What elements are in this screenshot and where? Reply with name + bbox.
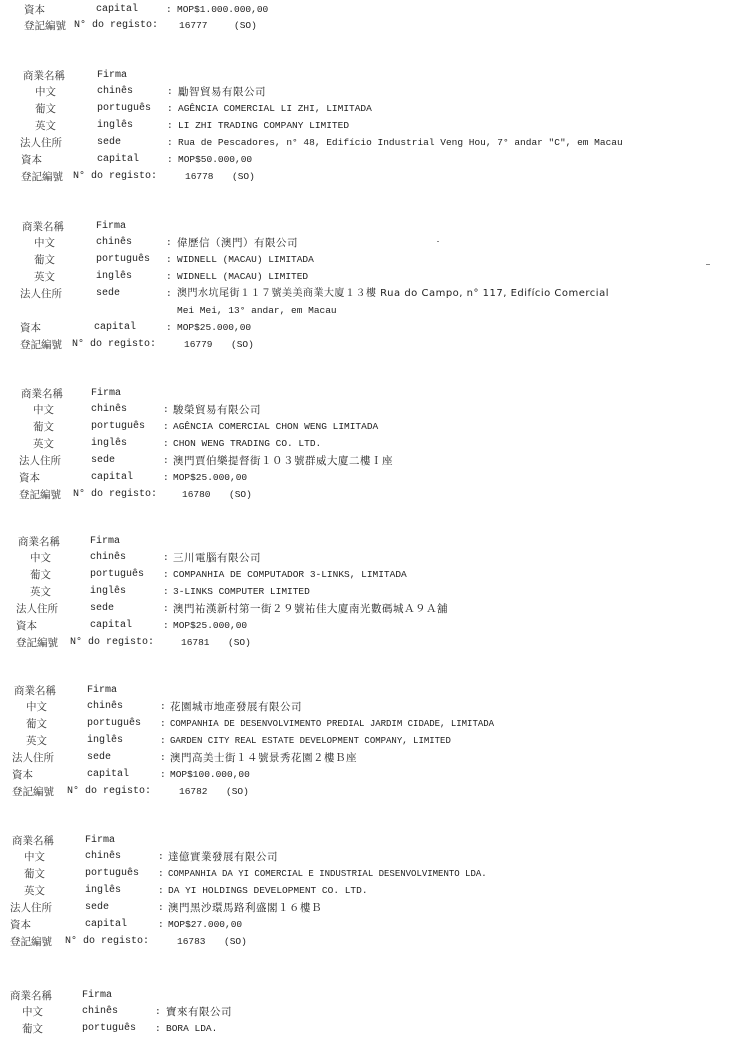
separator: : — [167, 101, 173, 117]
separator: : — [155, 1004, 161, 1020]
name-portuguese: BORA LDA. — [166, 1021, 217, 1037]
separator: : — [166, 269, 172, 285]
portugues-label-pt: português — [90, 567, 144, 583]
ingles-label-pt: inglês — [85, 883, 121, 899]
separator: : — [163, 436, 169, 452]
name-portuguese: AGÊNCIA COMERCIAL CHON WENG LIMITADA — [173, 419, 378, 435]
separator: : — [163, 402, 169, 418]
firma-label-pt: Firma — [90, 534, 120, 550]
capital-label-pt: capital — [87, 767, 129, 783]
separator: : — [158, 883, 164, 899]
registo-label-zh: 登記編號 — [21, 169, 63, 185]
registo-label-pt: N° do registo: — [73, 169, 157, 185]
registo-label-zh: 登記編號 — [19, 487, 61, 503]
capital-label-zh: 資本 — [19, 470, 40, 486]
portugues-label-zh: 葡文 — [26, 716, 47, 732]
capital-label-zh: 資本 — [12, 767, 33, 783]
chines-label-pt: chinês — [91, 402, 127, 418]
chines-label-zh: 中文 — [22, 1004, 43, 1020]
portugues-label-pt: português — [87, 716, 141, 732]
registo-suffix: (SO) — [226, 784, 249, 800]
firma-label-zh: 商業名稱 — [18, 534, 60, 550]
registo-number: 16779 — [184, 337, 213, 353]
registo-label-zh: 登記編號 — [24, 18, 66, 34]
registo-number: 16782 — [179, 784, 208, 800]
separator: : — [167, 84, 173, 100]
ingles-label-zh: 英文 — [34, 269, 55, 285]
separator: : — [155, 1021, 161, 1037]
scan-speck — [706, 264, 710, 265]
registo-number: 16783 — [177, 934, 206, 950]
sede-label-pt: sede — [87, 750, 111, 766]
capital-value: MOP$25.000,00 — [173, 618, 247, 634]
capital-value: MOP$25.000,00 — [177, 320, 251, 336]
firma-label-pt: Firma — [96, 219, 126, 235]
registo-suffix: (SO) — [228, 635, 251, 651]
separator: : — [166, 235, 172, 251]
name-english: 3-LINKS COMPUTER LIMITED — [173, 584, 310, 600]
ingles-label-zh: 英文 — [26, 733, 47, 749]
registo-label-zh: 登記編號 — [20, 337, 62, 353]
capital-value: MOP$25.000,00 — [173, 470, 247, 486]
separator: : — [160, 716, 166, 732]
sede-address: 澳門高美士街１４號景秀花園２樓Ｂ座 — [170, 750, 357, 766]
registo-suffix: (SO) — [234, 18, 257, 34]
ingles-label-pt: inglês — [96, 269, 132, 285]
ingles-label-zh: 英文 — [33, 436, 54, 452]
separator: : — [163, 618, 169, 634]
chines-label-pt: chinês — [82, 1004, 118, 1020]
capital-value: MOP$100.000,00 — [170, 767, 250, 783]
registo-label-zh: 登記編號 — [16, 635, 58, 651]
separator: : — [158, 917, 164, 933]
registo-suffix: (SO) — [231, 337, 254, 353]
registo-suffix: (SO) — [232, 169, 255, 185]
separator: : — [163, 550, 169, 566]
chines-label-zh: 中文 — [24, 849, 45, 865]
capital-value: MOP$50.000,00 — [178, 152, 252, 168]
sede-label-zh: 法人住所 — [10, 900, 52, 916]
capital-value: MOP$27.000,00 — [168, 917, 242, 933]
registo-label-pt: N° do registo: — [73, 487, 157, 503]
name-chinese: 三川電腦有限公司 — [173, 550, 261, 566]
name-english: WIDNELL (MACAU) LIMITED — [177, 269, 308, 285]
separator: : — [167, 152, 173, 168]
registo-suffix: (SO) — [229, 487, 252, 503]
sede-address: 澳門賈伯樂提督街１０３號群威大廈二樓Ｉ座 — [173, 453, 393, 469]
registo-label-pt: N° do registo: — [67, 784, 151, 800]
name-chinese: 達億實業發展有限公司 — [168, 849, 278, 865]
portugues-label-zh: 葡文 — [24, 866, 45, 882]
ingles-label-zh: 英文 — [24, 883, 45, 899]
name-chinese: 寶來有限公司 — [166, 1004, 232, 1020]
firma-label-zh: 商業名稱 — [10, 988, 52, 1004]
separator: : — [163, 419, 169, 435]
registo-number: 16781 — [181, 635, 210, 651]
firma-label-zh: 商業名稱 — [22, 219, 64, 235]
separator: : — [163, 584, 169, 600]
portugues-label-pt: português — [96, 252, 150, 268]
separator: : — [163, 453, 169, 469]
chines-label-pt: chinês — [90, 550, 126, 566]
firma-label-pt: Firma — [82, 988, 112, 1004]
chines-label-zh: 中文 — [35, 84, 56, 100]
registo-number: 16778 — [185, 169, 214, 185]
separator: : — [160, 699, 166, 715]
separator: : — [160, 750, 166, 766]
separator: : — [167, 118, 173, 134]
chines-label-pt: chinês — [85, 849, 121, 865]
separator: : — [160, 767, 166, 783]
capital-label-pt: capital — [97, 152, 139, 168]
firma-label-pt: Firma — [87, 683, 117, 699]
separator: : — [163, 601, 169, 617]
capital-label-pt: capital — [94, 320, 136, 336]
name-chinese: 偉歷信（澳門）有限公司 — [177, 235, 298, 251]
sede-label-zh: 法人住所 — [16, 601, 58, 617]
separator: : — [166, 2, 172, 18]
capital-label-zh: 資本 — [10, 917, 31, 933]
portugues-label-pt: português — [97, 101, 151, 117]
separator: : — [158, 900, 164, 916]
portugues-label-pt: português — [91, 419, 145, 435]
chines-label-zh: 中文 — [26, 699, 47, 715]
separator: : — [163, 567, 169, 583]
separator: : — [166, 286, 172, 302]
capital-label-zh: 資本 — [20, 320, 41, 336]
portugues-label-zh: 葡文 — [30, 567, 51, 583]
separator: : — [166, 320, 172, 336]
capital-label-pt: capital — [91, 470, 133, 486]
scan-speck — [437, 241, 439, 242]
capital-label-zh: 資本 — [16, 618, 37, 634]
firma-label-pt: Firma — [97, 68, 127, 84]
registo-label-pt: N° do registo: — [65, 934, 149, 950]
separator: : — [160, 733, 166, 749]
capital-label-pt: capital — [90, 618, 132, 634]
name-english: DA YI HOLDINGS DEVELOPMENT CO. LTD. — [168, 883, 368, 899]
name-chinese: 勵智貿易有限公司 — [178, 84, 266, 100]
firma-label-zh: 商業名稱 — [14, 683, 56, 699]
name-portuguese: WIDNELL (MACAU) LIMITADA — [177, 252, 314, 268]
portugues-label-zh: 葡文 — [33, 419, 54, 435]
registo-label-pt: N° do registo: — [72, 337, 156, 353]
registo-label-pt: N° do registo: — [70, 635, 154, 651]
sede-label-pt: sede — [96, 286, 120, 302]
chines-label-pt: chinês — [96, 235, 132, 251]
name-portuguese: COMPANHIA DA YI COMERCIAL E INDUSTRIAL D… — [168, 866, 487, 882]
registo-label-zh: 登記編號 — [10, 934, 52, 950]
name-chinese: 花園城市地產發展有限公司 — [170, 699, 302, 715]
ingles-label-pt: inglês — [97, 118, 133, 134]
sede-label-zh: 法人住所 — [12, 750, 54, 766]
portugues-label-zh: 葡文 — [35, 101, 56, 117]
sede-address: 澳門祐漢新村第一街２９號祐佳大廈南光數碼城Ａ９Ａ舖 — [173, 601, 448, 617]
firma-label-pt: Firma — [85, 833, 115, 849]
sede-label-pt: sede — [91, 453, 115, 469]
name-chinese: 駿榮貿易有限公司 — [173, 402, 261, 418]
firma-label-pt: Firma — [91, 386, 121, 402]
registo-number: 16777 — [179, 18, 208, 34]
chines-label-zh: 中文 — [34, 235, 55, 251]
separator: : — [167, 135, 173, 151]
sede-label-zh: 法人住所 — [20, 135, 62, 151]
capital-label-pt: capital — [85, 917, 127, 933]
ingles-label-pt: inglês — [90, 584, 126, 600]
name-english: LI ZHI TRADING COMPANY LIMITED — [178, 118, 349, 134]
sede-address: 澳門水坑尾街１１７號美美商業大廈１３樓 Rua do Campo, n° 117… — [177, 286, 609, 302]
capital-label-zh: 資本 — [21, 152, 42, 168]
name-portuguese: COMPANHIA DE COMPUTADOR 3-LINKS, LIMITAD… — [173, 567, 407, 583]
ingles-label-pt: inglês — [91, 436, 127, 452]
ingles-label-zh: 英文 — [35, 118, 56, 134]
registo-number: 16780 — [182, 487, 211, 503]
separator: : — [158, 849, 164, 865]
name-english: GARDEN CITY REAL ESTATE DEVELOPMENT COMP… — [170, 733, 451, 749]
ingles-label-pt: inglês — [87, 733, 123, 749]
name-portuguese: COMPANHIA DE DESENVOLVIMENTO PREDIAL JAR… — [170, 716, 494, 732]
capital-label-zh: 資本 — [24, 2, 45, 18]
sede-label-zh: 法人住所 — [19, 453, 61, 469]
sede-address: Rua de Pescadores, n° 48, Edifício Indus… — [178, 135, 623, 151]
firma-label-zh: 商業名稱 — [21, 386, 63, 402]
firma-label-zh: 商業名稱 — [23, 68, 65, 84]
sede-label-pt: sede — [97, 135, 121, 151]
name-portuguese: AGÊNCIA COMERCIAL LI ZHI, LIMITADA — [178, 101, 372, 117]
separator: : — [163, 470, 169, 486]
capital-value: MOP$1.000.000,00 — [177, 2, 268, 18]
portugues-label-zh: 葡文 — [34, 252, 55, 268]
chines-label-zh: 中文 — [33, 402, 54, 418]
chines-label-pt: chinês — [97, 84, 133, 100]
sede-label-pt: sede — [85, 900, 109, 916]
registo-label-pt: N° do registo: — [74, 18, 158, 34]
chines-label-zh: 中文 — [30, 550, 51, 566]
sede-address: 澳門黑沙環馬路利盛閣１６樓Ｂ — [168, 900, 322, 916]
name-english: CHON WENG TRADING CO. LTD. — [173, 436, 321, 452]
registo-label-zh: 登記編號 — [12, 784, 54, 800]
portugues-label-zh: 葡文 — [22, 1021, 43, 1037]
chines-label-pt: chinês — [87, 699, 123, 715]
sede-label-zh: 法人住所 — [20, 286, 62, 302]
firma-label-zh: 商業名稱 — [12, 833, 54, 849]
capital-label-pt: capital — [96, 2, 138, 18]
ingles-label-zh: 英文 — [30, 584, 51, 600]
separator: : — [158, 866, 164, 882]
separator: : — [166, 252, 172, 268]
sede-label-pt: sede — [90, 601, 114, 617]
portugues-label-pt: português — [82, 1021, 136, 1037]
sede-address-line2: Mei Mei, 13° andar, em Macau — [177, 303, 337, 319]
portugues-label-pt: português — [85, 866, 139, 882]
registo-suffix: (SO) — [224, 934, 247, 950]
